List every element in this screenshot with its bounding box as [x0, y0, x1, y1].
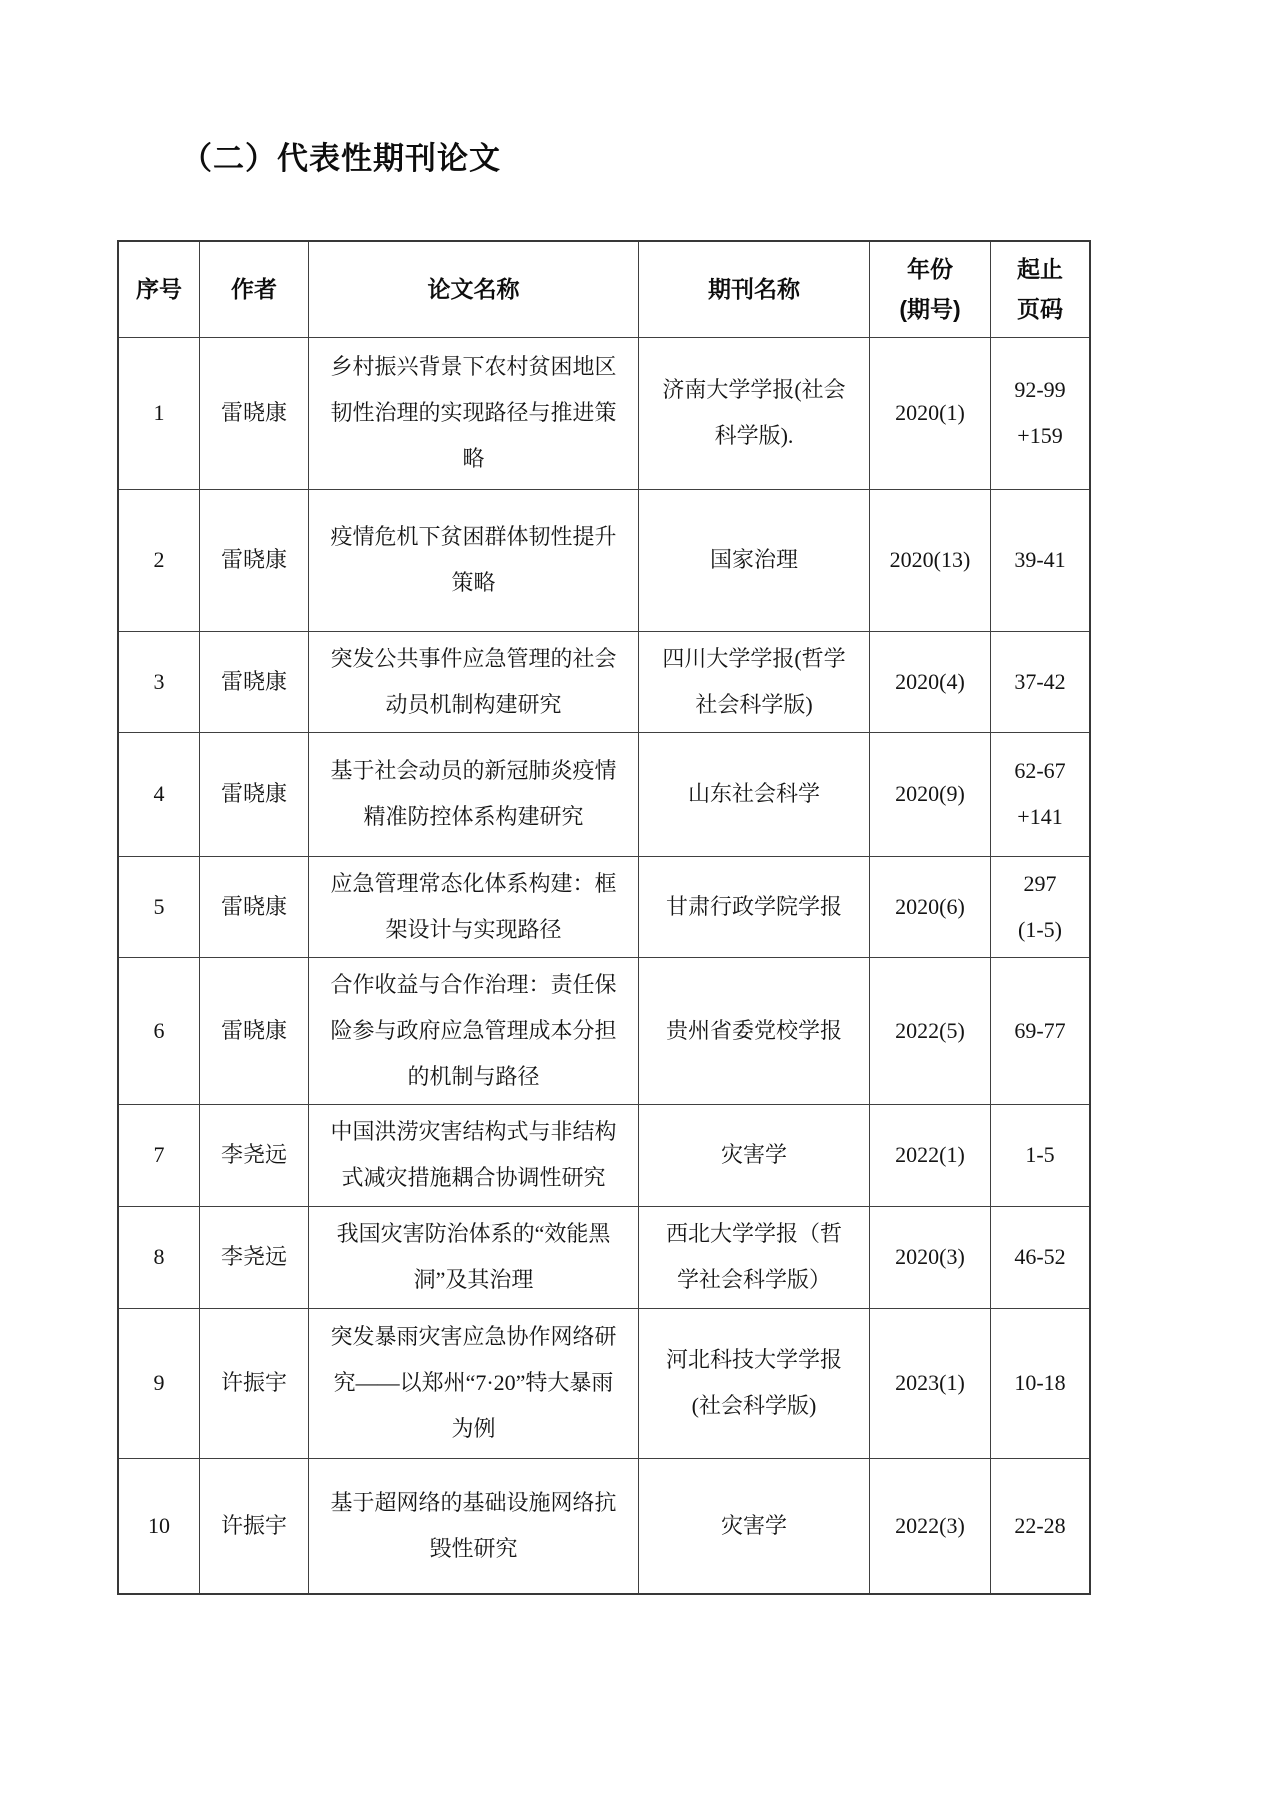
cell-journal: 灾害学	[639, 1458, 870, 1594]
col-header-year: 年份 (期号)	[870, 241, 991, 337]
cell-author: 雷晓康	[200, 337, 309, 489]
cell-journal: 贵州省委党校学报	[639, 957, 870, 1104]
table-row: 8李尧远我国灾害防治体系的“效能黑 洞”及其治理西北大学学报（哲 学社会科学版）…	[118, 1206, 1090, 1308]
cell-journal: 西北大学学报（哲 学社会科学版）	[639, 1206, 870, 1308]
cell-title: 合作收益与合作治理：责任保 险参与政府应急管理成本分担 的机制与路径	[309, 957, 639, 1104]
cell-year: 2020(9)	[870, 732, 991, 856]
cell-title: 基于社会动员的新冠肺炎疫情 精准防控体系构建研究	[309, 732, 639, 856]
cell-pages: 10-18	[991, 1308, 1091, 1458]
cell-pages: 39-41	[991, 489, 1091, 631]
col-header-pages: 起止 页码	[991, 241, 1091, 337]
table-row: 3雷晓康突发公共事件应急管理的社会 动员机制构建研究四川大学学报(哲学 社会科学…	[118, 631, 1090, 732]
cell-year: 2020(13)	[870, 489, 991, 631]
cell-index: 6	[118, 957, 200, 1104]
cell-title: 应急管理常态化体系构建：框 架设计与实现路径	[309, 856, 639, 957]
cell-journal: 灾害学	[639, 1104, 870, 1206]
table-row: 1雷晓康乡村振兴背景下农村贫困地区 韧性治理的实现路径与推进策 略济南大学学报(…	[118, 337, 1090, 489]
col-header-index: 序号	[118, 241, 200, 337]
cell-index: 4	[118, 732, 200, 856]
cell-title: 疫情危机下贫困群体韧性提升 策略	[309, 489, 639, 631]
cell-year: 2020(4)	[870, 631, 991, 732]
cell-pages: 37-42	[991, 631, 1091, 732]
cell-pages: 297 (1-5)	[991, 856, 1091, 957]
cell-author: 李尧远	[200, 1206, 309, 1308]
cell-index: 10	[118, 1458, 200, 1594]
table-row: 4雷晓康基于社会动员的新冠肺炎疫情 精准防控体系构建研究山东社会科学2020(9…	[118, 732, 1090, 856]
col-header-journal: 期刊名称	[639, 241, 870, 337]
cell-year: 2022(1)	[870, 1104, 991, 1206]
cell-author: 许振宇	[200, 1458, 309, 1594]
table-header: 序号 作者 论文名称 期刊名称 年份 (期号) 起止 页码	[118, 241, 1090, 337]
table-row: 5雷晓康应急管理常态化体系构建：框 架设计与实现路径甘肃行政学院学报2020(6…	[118, 856, 1090, 957]
table-row: 2雷晓康疫情危机下贫困群体韧性提升 策略国家治理2020(13)39-41	[118, 489, 1090, 631]
cell-author: 雷晓康	[200, 957, 309, 1104]
cell-author: 雷晓康	[200, 631, 309, 732]
cell-journal: 济南大学学报(社会 科学版).	[639, 337, 870, 489]
publications-table: 序号 作者 论文名称 期刊名称 年份 (期号) 起止 页码 1雷晓康乡村振兴背景…	[117, 240, 1091, 1595]
cell-index: 5	[118, 856, 200, 957]
cell-title: 我国灾害防治体系的“效能黑 洞”及其治理	[309, 1206, 639, 1308]
cell-index: 1	[118, 337, 200, 489]
table-row: 10许振宇基于超网络的基础设施网络抗 毁性研究灾害学2022(3)22-28	[118, 1458, 1090, 1594]
cell-index: 2	[118, 489, 200, 631]
cell-year: 2022(3)	[870, 1458, 991, 1594]
cell-title: 突发公共事件应急管理的社会 动员机制构建研究	[309, 631, 639, 732]
cell-journal: 河北科技大学学报 (社会科学版)	[639, 1308, 870, 1458]
cell-title: 突发暴雨灾害应急协作网络研 究——以郑州“7·20”特大暴雨 为例	[309, 1308, 639, 1458]
cell-author: 雷晓康	[200, 489, 309, 631]
cell-journal: 山东社会科学	[639, 732, 870, 856]
cell-pages: 92-99 +159	[991, 337, 1091, 489]
cell-year: 2023(1)	[870, 1308, 991, 1458]
table-row: 7李尧远中国洪涝灾害结构式与非结构 式减灾措施耦合协调性研究灾害学2022(1)…	[118, 1104, 1090, 1206]
cell-journal: 国家治理	[639, 489, 870, 631]
cell-author: 李尧远	[200, 1104, 309, 1206]
cell-author: 许振宇	[200, 1308, 309, 1458]
cell-index: 8	[118, 1206, 200, 1308]
document-page: （二）代表性期刊论文 序号 作者 论文名称 期刊名称 年份 (期号) 起止 页码…	[0, 0, 1280, 1805]
cell-year: 2022(5)	[870, 957, 991, 1104]
cell-author: 雷晓康	[200, 732, 309, 856]
cell-journal: 四川大学学报(哲学 社会科学版)	[639, 631, 870, 732]
cell-index: 3	[118, 631, 200, 732]
cell-pages: 69-77	[991, 957, 1091, 1104]
cell-index: 7	[118, 1104, 200, 1206]
cell-journal: 甘肃行政学院学报	[639, 856, 870, 957]
table-row: 9许振宇突发暴雨灾害应急协作网络研 究——以郑州“7·20”特大暴雨 为例河北科…	[118, 1308, 1090, 1458]
cell-title: 乡村振兴背景下农村贫困地区 韧性治理的实现路径与推进策 略	[309, 337, 639, 489]
col-header-title: 论文名称	[309, 241, 639, 337]
cell-pages: 1-5	[991, 1104, 1091, 1206]
cell-year: 2020(1)	[870, 337, 991, 489]
table-header-row: 序号 作者 论文名称 期刊名称 年份 (期号) 起止 页码	[118, 241, 1090, 337]
cell-pages: 22-28	[991, 1458, 1091, 1594]
cell-author: 雷晓康	[200, 856, 309, 957]
section-title: （二）代表性期刊论文	[181, 133, 501, 178]
table-body: 1雷晓康乡村振兴背景下农村贫困地区 韧性治理的实现路径与推进策 略济南大学学报(…	[118, 337, 1090, 1594]
cell-year: 2020(3)	[870, 1206, 991, 1308]
cell-title: 中国洪涝灾害结构式与非结构 式减灾措施耦合协调性研究	[309, 1104, 639, 1206]
cell-pages: 46-52	[991, 1206, 1091, 1308]
table-row: 6雷晓康合作收益与合作治理：责任保 险参与政府应急管理成本分担 的机制与路径贵州…	[118, 957, 1090, 1104]
cell-index: 9	[118, 1308, 200, 1458]
cell-title: 基于超网络的基础设施网络抗 毁性研究	[309, 1458, 639, 1594]
col-header-author: 作者	[200, 241, 309, 337]
cell-year: 2020(6)	[870, 856, 991, 957]
cell-pages: 62-67 +141	[991, 732, 1091, 856]
